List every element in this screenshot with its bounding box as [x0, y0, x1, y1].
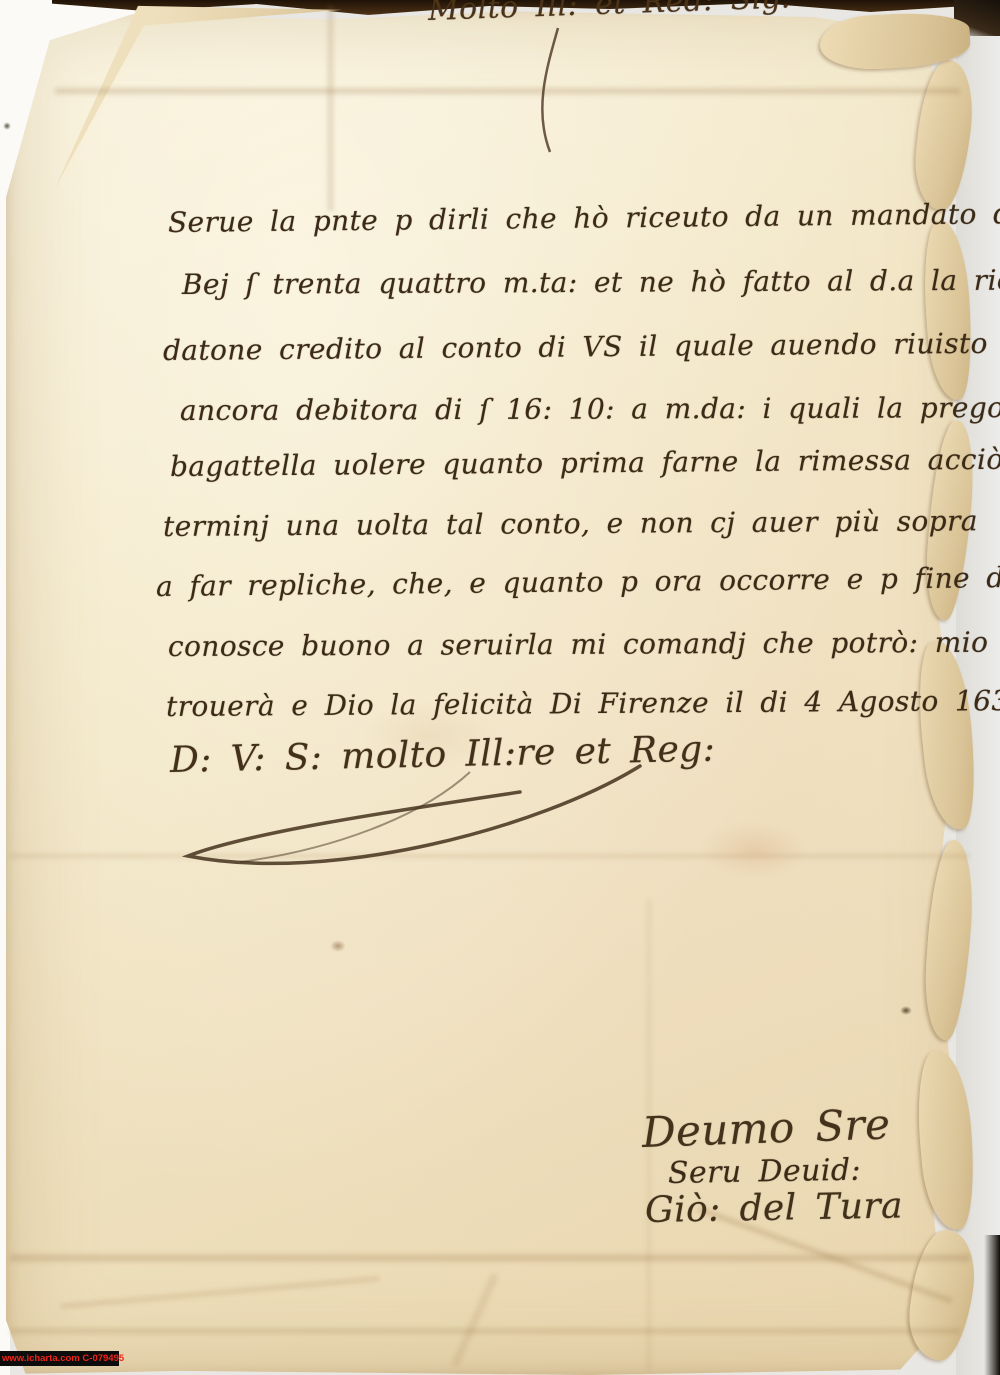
paper-crease — [55, 86, 960, 96]
signature-line-1: Deumo Sre — [641, 1099, 891, 1157]
ink-stain — [900, 1006, 912, 1015]
body-line-8: conosce buono a seruirla mi comandj che … — [168, 626, 988, 663]
body-line-6: terminj una uolta tal conto, e non cj au… — [163, 504, 978, 543]
watermark-bar: www.icharta.com C-079495 — [0, 1351, 119, 1366]
paper-crease — [326, 6, 335, 211]
watermark-text: www.icharta.com C-079495 — [2, 1353, 124, 1364]
ink-stain — [3, 122, 11, 130]
body-line-9: trouerà e Dio la felicità Di Firenze il … — [166, 684, 1000, 723]
paper-stain — [700, 820, 810, 880]
signature-line-3: Giò: del Tura — [645, 1186, 904, 1231]
ink-stain — [330, 940, 346, 952]
paper-crease — [10, 852, 970, 860]
signature-line-2: Seru Deuid: — [668, 1153, 862, 1191]
body-line-2: Bej ſ trenta quattro m.ta: et ne hò fatt… — [182, 263, 1000, 301]
scanned-letter: Molto Ill: et Red: Sig: Serue la pnte p … — [0, 0, 1000, 1375]
paper-crease — [10, 1326, 960, 1336]
scan-corner-shadow-bottom-right — [984, 1235, 1000, 1375]
body-line-4: ancora debitora di ſ 16: 10: a m.da: i q… — [180, 391, 1000, 427]
